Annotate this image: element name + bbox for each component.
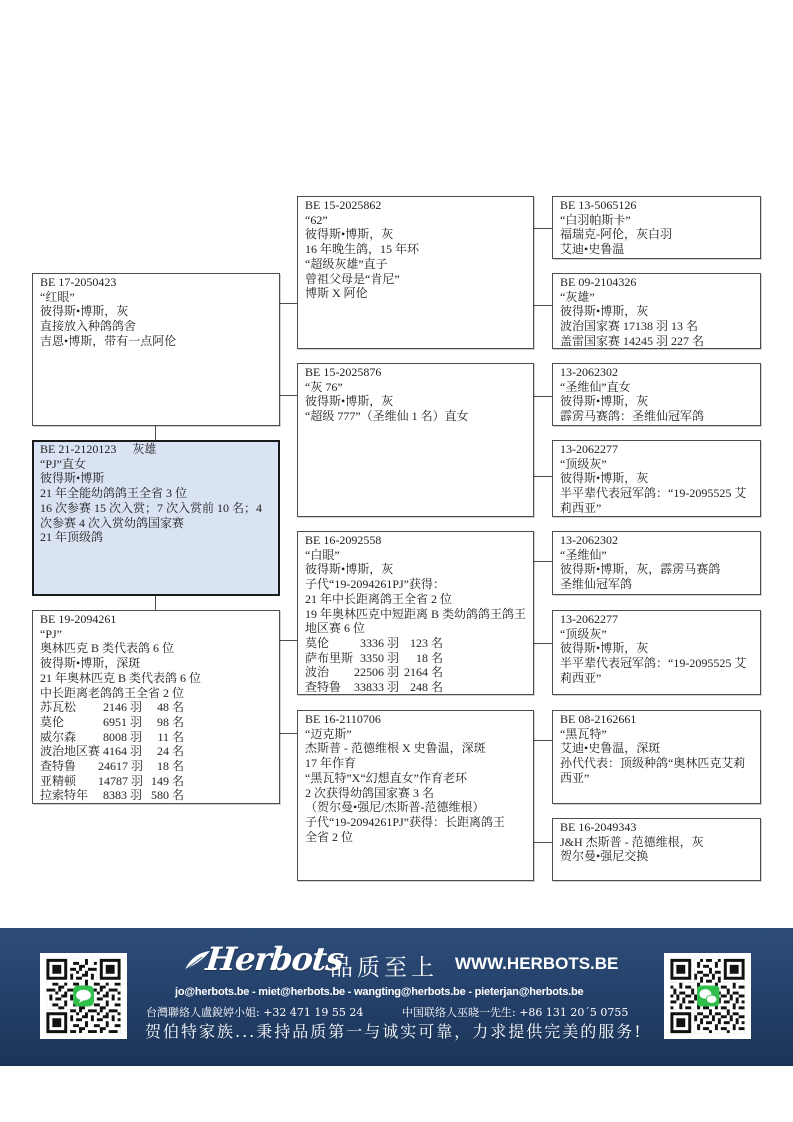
card-line: 全省 2 位 (305, 830, 533, 845)
card-line: 19 年奥林匹克中短距离 B 类幼鸽鸽王鸽王 (305, 607, 533, 622)
website-url: WWW.HERBOTS.BE (455, 954, 618, 974)
result-place: 拉索特年 (40, 788, 98, 803)
card-line: “超级 777”（圣维仙 1 名）直女 (305, 409, 533, 424)
contact-taiwan: 台灣聯絡人盧銳婷小姐: +32 471 19 55 24 (146, 1004, 363, 1020)
connector-line (533, 476, 552, 477)
card-line: 子代“19-2094261PJ”获得：长距离鸽王 (305, 815, 533, 830)
connector-line (533, 305, 552, 306)
pigeon-name: “红眼” (40, 290, 279, 305)
ring-number: BE 17-2050423 (40, 275, 279, 290)
result-row: 波治地区赛4164 羽24 名 (40, 744, 279, 759)
pedigree-card-grandparent-2: BE 15-2025876 “灰 76” 彼得斯•博斯，灰 “超级 777”（圣… (297, 363, 534, 517)
pigeon-name: “迈克斯” (305, 727, 533, 742)
connector-line (279, 733, 297, 734)
card-line: 16 年晚生鸽，15 年环 (305, 242, 533, 257)
pigeon-name: “灰雄” (560, 290, 760, 305)
ring-number: 13-2062277 (560, 612, 760, 627)
card-line: 2 次获得幼鸽国家赛 3 名 (305, 786, 533, 801)
card-line: 西亚” (560, 771, 760, 786)
result-birds: 3350 羽 (353, 651, 399, 666)
pigeon-name: “白羽帕斯卡” (560, 213, 760, 228)
result-birds: 4164 羽 (98, 744, 142, 759)
result-place: 亚精顿 (40, 774, 98, 789)
pedigree-card-subject: BE 21-2120123灰雄 “PJ”直女 彼得斯•博斯 21 年全能幼鸽鸽王… (32, 440, 280, 596)
result-place: 莫伦 (305, 636, 353, 651)
card-line: 彼得斯•博斯，灰 (560, 641, 760, 656)
result-birds: 2146 羽 (98, 700, 142, 715)
result-rank: 149 名 (142, 774, 184, 789)
card-line: 彼得斯•博斯，灰 (560, 471, 760, 486)
card-line: 彼得斯•博斯，灰 (560, 304, 760, 319)
slogan: 贺伯特家族...秉持品质第一与诚实可靠，力求提供完美的服务! (145, 1019, 643, 1042)
result-rank: 98 名 (142, 715, 184, 730)
connector-line (155, 595, 156, 610)
card-line: 半平辈代表冠军鸽：“19-2095525 艾 (560, 656, 760, 671)
result-birds: 8383 羽 (98, 788, 142, 803)
result-row: 查特鲁24617 羽18 名 (40, 759, 279, 774)
result-birds: 24617 羽 (98, 759, 142, 774)
connector-line (155, 425, 156, 440)
result-place: 威尔森 (40, 730, 98, 745)
pedigree-card-great-grandparent-8: BE 16-2049343 J&H 杰斯普 - 范德维根，灰 贺尔曼•强尼交换 (552, 818, 761, 881)
card-line: 贺尔曼•强尼交换 (560, 849, 760, 864)
result-birds: 6951 羽 (98, 715, 142, 730)
ring-number: BE 21-2120123 (40, 442, 116, 456)
connector-line (533, 396, 552, 397)
result-row: 莫伦3336 羽123 名 (305, 636, 533, 651)
result-birds: 22506 羽 (353, 665, 399, 680)
result-rank: 11 名 (142, 730, 184, 745)
pedigree-card-great-grandparent-3: 13-2062302 “圣维仙”直女 彼得斯•博斯，灰 霹雳马赛鸽：圣维仙冠军鸽 (552, 363, 761, 426)
card-line: 霹雳马赛鸽：圣维仙冠军鸽 (560, 409, 760, 424)
pedigree-card-grandparent-4: BE 16-2110706 “迈克斯” 杰斯普 - 范德维根 X 史鲁温，深斑 … (297, 710, 534, 881)
ring-number: 13-2062302 (560, 533, 760, 548)
card-line: 彼得斯•博斯，灰，霹雳马赛鸽 (560, 562, 760, 577)
connector-line (533, 643, 552, 644)
card-line: 17 年作育 (305, 756, 533, 771)
card-line: 博斯 X 阿伦 (305, 286, 533, 301)
card-line: 中长距离老鸽鸽王全省 2 位 (40, 686, 279, 701)
card-line: 曾祖父母是“肯尼” (305, 272, 533, 287)
card-line: 杰斯普 - 范德维根 X 史鲁温，深斑 (305, 741, 533, 756)
result-row: 威尔森8008 羽11 名 (40, 730, 279, 745)
result-birds: 33833 羽 (353, 680, 399, 695)
card-line: 半平辈代表冠军鸽：“19-2095525 艾 (560, 486, 760, 501)
qr-code-icon (664, 953, 751, 1039)
result-rank: 18 名 (399, 651, 443, 666)
pedigree-card-great-grandparent-5: 13-2062302 “圣维仙” 彼得斯•博斯，灰，霹雳马赛鸽 圣维仙冠军鸽 (552, 531, 761, 595)
result-row: 莫伦6951 羽98 名 (40, 715, 279, 730)
pigeon-name: “灰 76” (305, 380, 533, 395)
color-label: 灰雄 (132, 442, 156, 456)
result-row: 萨布里斯3350 羽18 名 (305, 651, 533, 666)
result-place: 波治 (305, 665, 353, 680)
pigeon-name: “顶级灰” (560, 457, 760, 472)
result-row: 拉索特年8383 羽580 名 (40, 788, 279, 803)
result-rank: 18 名 (142, 759, 184, 774)
result-row: 波治22506 羽2164 名 (305, 665, 533, 680)
card-line: （贺尔曼•强尼/杰斯普-范德维根） (305, 800, 533, 815)
pedigree-card-parent-upper: BE 17-2050423 “红眼” 彼得斯•博斯，灰 直接放入种鸽鸽舍 吉恩•… (32, 273, 280, 426)
card-line: 吉恩•博斯，带有一点阿伦 (40, 334, 279, 349)
card-line: 彼得斯•博斯，深斑 (40, 656, 279, 671)
card-line: 福瑞克-阿伦，灰白羽 (560, 227, 760, 242)
ring-number: 13-2062302 (560, 365, 760, 380)
result-rank: 24 名 (142, 744, 184, 759)
result-place: 查特鲁 (305, 680, 353, 695)
pedigree-card-great-grandparent-4: 13-2062277 “顶级灰” 彼得斯•博斯，灰 半平辈代表冠军鸽：“19-2… (552, 440, 761, 517)
result-row: 亚精顿14787 羽149 名 (40, 774, 279, 789)
card-line: 彼得斯•博斯，灰 (40, 304, 279, 319)
connector-line (533, 228, 552, 229)
card-line: 彼得斯•博斯，灰 (305, 394, 533, 409)
pigeon-name: “PJ”直女 (40, 457, 278, 472)
footer-banner: Herbots 品质至上 WWW.HERBOTS.BE jo@herbots.b… (0, 928, 793, 1066)
card-line: 孙代代表：顶级种鸽“奥林匹克艾莉 (560, 756, 760, 771)
pedigree-card-great-grandparent-1: BE 13-5065126 “白羽帕斯卡” 福瑞克-阿伦，灰白羽 艾迪•史鲁温 (552, 196, 761, 259)
card-line: 彼得斯•博斯，灰 (305, 562, 533, 577)
card-line: 彼得斯•博斯，灰 (305, 227, 533, 242)
result-birds: 8008 羽 (98, 730, 142, 745)
card-line: 21 年奥林匹克 B 类代表鸽 6 位 (40, 671, 279, 686)
card-line: 子代“19-2094261PJ”获得： (305, 577, 533, 592)
result-place: 波治地区赛 (40, 744, 98, 759)
pedigree-card-grandparent-1: BE 15-2025862 “62” 彼得斯•博斯，灰 16 年晚生鸽，15 年… (297, 196, 534, 349)
connector-line (533, 561, 552, 562)
ring-number: BE 16-2049343 (560, 820, 760, 835)
herbots-logo: Herbots (204, 940, 345, 978)
ring-number: BE 15-2025862 (305, 198, 533, 213)
card-line: 21 年顶级鸽 (40, 530, 278, 545)
pigeon-name: “62” (305, 213, 533, 228)
card-line: 艾迪•史鲁温，深斑 (560, 741, 760, 756)
qr-code-line (40, 953, 127, 1039)
card-line: 艾迪•史鲁温 (560, 242, 760, 257)
contact-china: 中国联络人巫晓一先生: +86 131 20´5 0755 (402, 1004, 628, 1020)
ring-number: BE 15-2025876 (305, 365, 533, 380)
pigeon-name: “圣维仙” (560, 548, 760, 563)
card-line: 次参赛 4 次入赏幼鸽国家赛 (40, 516, 278, 531)
connector-line (533, 740, 552, 741)
ring-number: BE 16-2092558 (305, 533, 533, 548)
pedigree-card-parent-lower: BE 19-2094261 “PJ” 奥林匹克 B 类代表鸽 6 位 彼得斯•博… (32, 610, 280, 804)
contact-emails: jo@herbots.be - miet@herbots.be - wangti… (175, 986, 620, 998)
pigeon-name: “PJ” (40, 627, 279, 642)
card-line: 彼得斯•博斯，灰 (560, 394, 760, 409)
card-line: 21 年全能幼鸽鸽王全省 3 位 (40, 486, 278, 501)
subject-header: BE 21-2120123灰雄 (40, 442, 278, 457)
connector-line (279, 395, 297, 396)
connector-line (279, 303, 297, 304)
connector-line (533, 842, 552, 843)
pedigree-card-great-grandparent-6: 13-2062277 “顶级灰” 彼得斯•博斯，灰 半平辈代表冠军鸽：“19-2… (552, 610, 761, 695)
qr-code-icon (40, 953, 127, 1039)
pedigree-page: BE 17-2050423 “红眼” 彼得斯•博斯，灰 直接放入种鸽鸽舍 吉恩•… (0, 0, 793, 1122)
pedigree-card-grandparent-3: BE 16-2092558 “白眼” 彼得斯•博斯，灰 子代“19-209426… (297, 531, 534, 695)
connector-line (279, 640, 297, 641)
card-line: “超级灰雄”直子 (305, 257, 533, 272)
result-place: 莫伦 (40, 715, 98, 730)
tagline: 品质至上 (330, 949, 438, 982)
card-line: 21 年中长距离鸽王全省 2 位 (305, 592, 533, 607)
pigeon-name: “白眼” (305, 548, 533, 563)
result-birds: 14787 羽 (98, 774, 142, 789)
card-line: 奥林匹克 B 类代表鸽 6 位 (40, 641, 279, 656)
card-line: 彼得斯•博斯 (40, 471, 278, 486)
card-line: 莉西亚” (560, 501, 760, 516)
result-rank: 248 名 (399, 680, 443, 695)
pigeon-name: “圣维仙”直女 (560, 380, 760, 395)
ring-number: BE 13-5065126 (560, 198, 760, 213)
card-line: 莉西亚” (560, 671, 760, 686)
card-line: 地区赛 6 位 (305, 621, 533, 636)
ring-number: BE 09-2104326 (560, 275, 760, 290)
result-place: 萨布里斯 (305, 651, 353, 666)
result-row: 查特鲁33833 羽248 名 (305, 680, 533, 695)
qr-code-wechat (664, 953, 751, 1039)
result-rank: 2164 名 (399, 665, 443, 680)
card-line: 盖雷国家赛 14245 羽 227 名 (560, 334, 760, 349)
card-line: 圣维仙冠军鸽 (560, 577, 760, 592)
result-rank: 123 名 (399, 636, 443, 651)
pigeon-name: “顶级灰” (560, 627, 760, 642)
card-line: 波治国家赛 17138 羽 13 名 (560, 319, 760, 334)
result-place: 查特鲁 (40, 759, 98, 774)
result-birds: 3336 羽 (353, 636, 399, 651)
card-line: 16 次参赛 15 次入赏；7 次入赏前 10 名；4 (40, 501, 278, 516)
ring-number: 13-2062277 (560, 442, 760, 457)
ring-number: BE 08-2162661 (560, 712, 760, 727)
ring-number: BE 19-2094261 (40, 612, 279, 627)
card-line: J&H 杰斯普 - 范德维根，灰 (560, 835, 760, 850)
pedigree-card-great-grandparent-2: BE 09-2104326 “灰雄” 彼得斯•博斯，灰 波治国家赛 17138 … (552, 273, 761, 349)
result-rank: 48 名 (142, 700, 184, 715)
pigeon-name: “黑瓦特” (560, 727, 760, 742)
result-rank: 580 名 (142, 788, 184, 803)
result-row: 苏瓦松2146 羽48 名 (40, 700, 279, 715)
pedigree-card-great-grandparent-7: BE 08-2162661 “黑瓦特” 艾迪•史鲁温，深斑 孙代代表：顶级种鸽“… (552, 710, 761, 804)
ring-number: BE 16-2110706 (305, 712, 533, 727)
card-line: 直接放入种鸽鸽舍 (40, 319, 279, 334)
card-line: “黑瓦特”X“幻想直女”作育老环 (305, 771, 533, 786)
result-place: 苏瓦松 (40, 700, 98, 715)
